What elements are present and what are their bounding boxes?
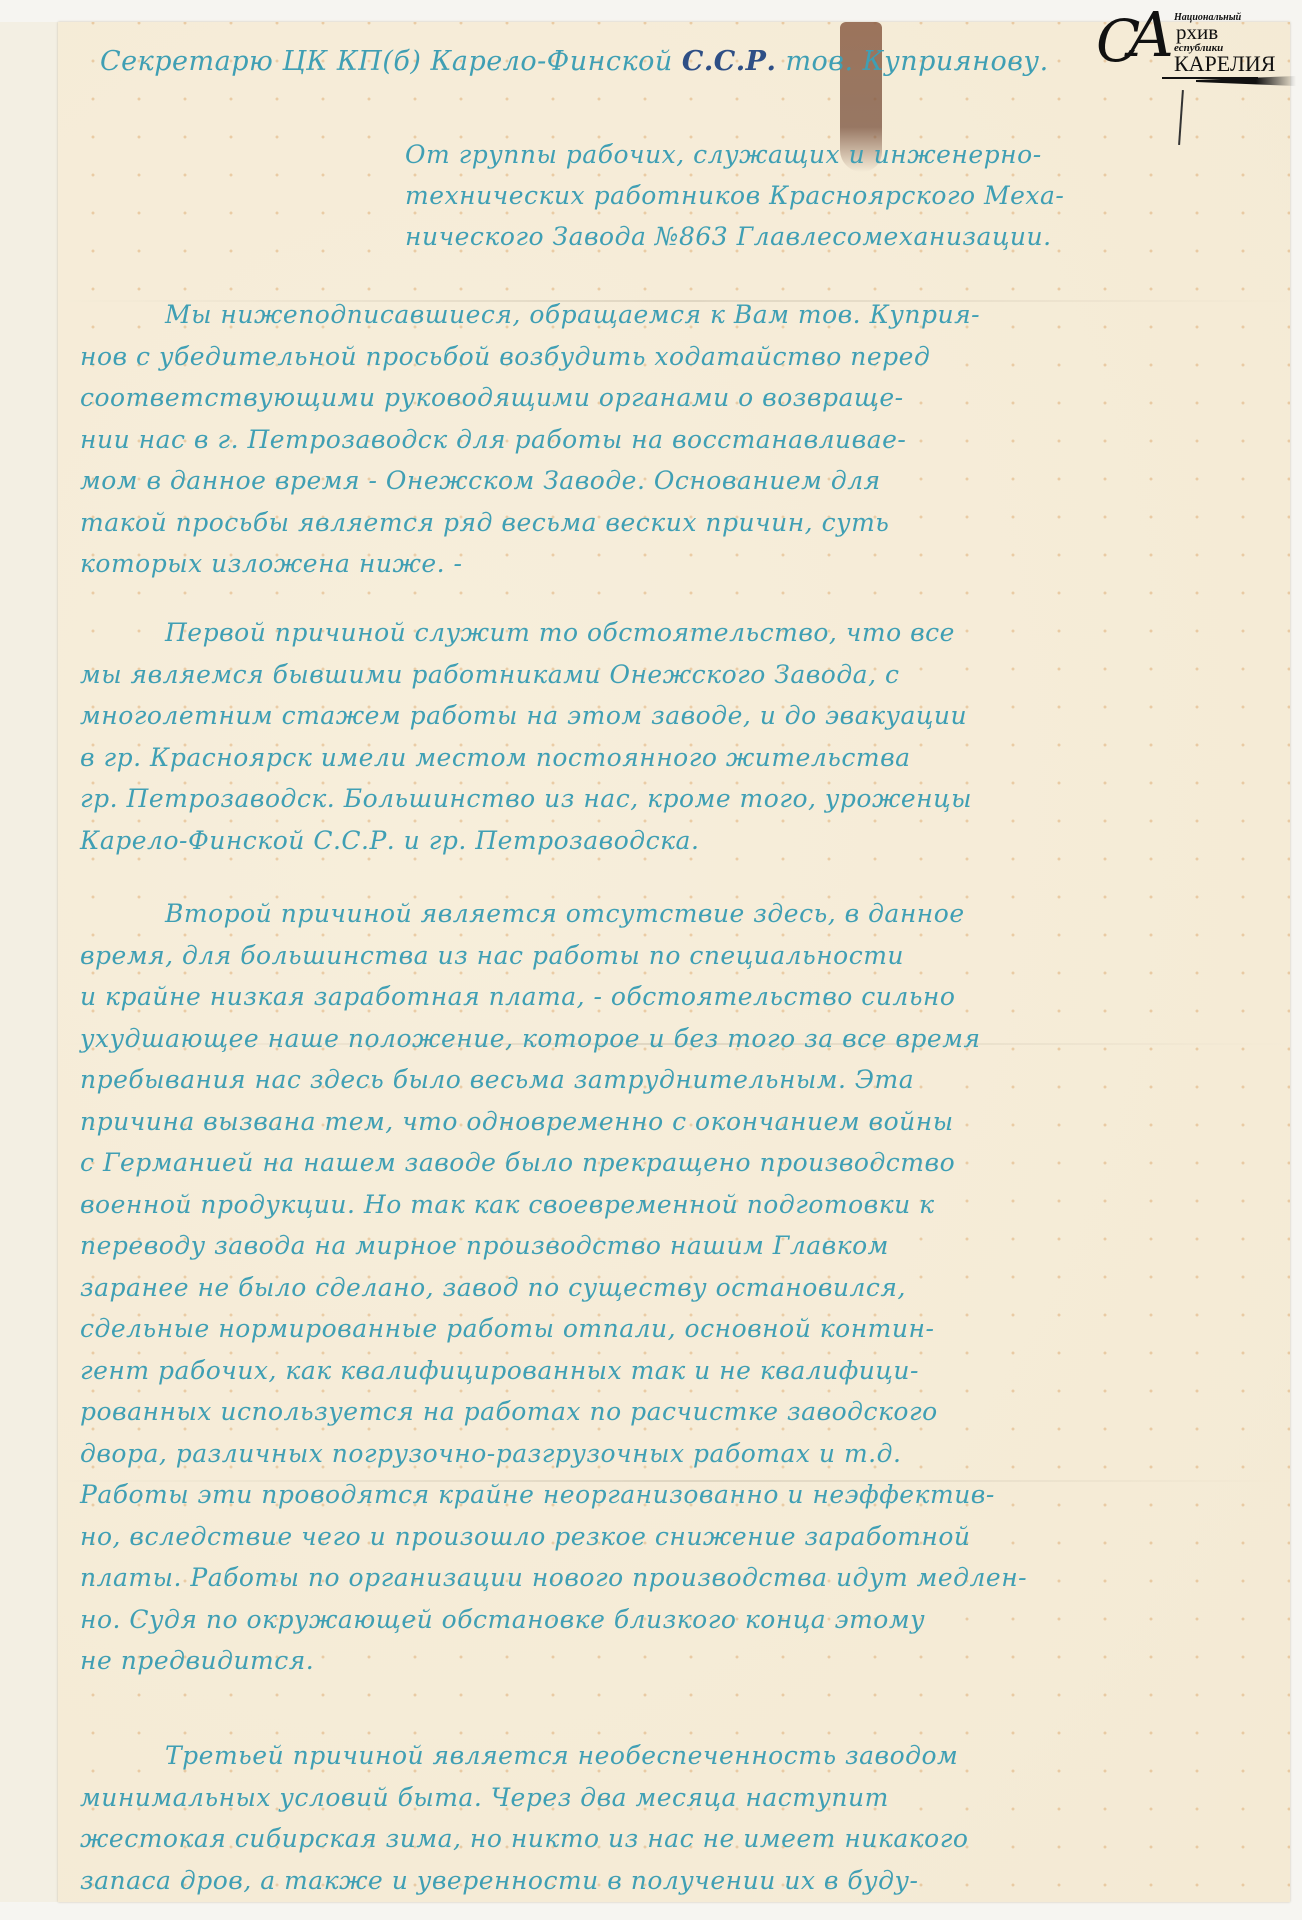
- addressee-title: Секретарю ЦК КП(б) Карело-Финской: [100, 46, 673, 77]
- text-line: Мы нижеподписавшиеся, обращаемся к Вам т…: [80, 294, 1275, 336]
- logo-initial-a: А: [1128, 4, 1175, 66]
- paragraph-second-reason: Второй причиной является отсутствие здес…: [80, 893, 1275, 1682]
- text-line: с Германией на нашем заводе было прекращ…: [80, 1142, 1275, 1184]
- text-line: такой просьбы является ряд весьма веских…: [80, 502, 1275, 544]
- text-line: которых изложена ниже. -: [80, 543, 1275, 585]
- text-line: минимальных условий быта. Через два меся…: [80, 1777, 1275, 1819]
- text-line: нов с убедительной просьбой возбудить хо…: [80, 336, 1275, 378]
- addressee-name: тов. Куприянову.: [785, 46, 1048, 77]
- text-line: не предвидится.: [80, 1640, 1275, 1682]
- folded-margin: [0, 22, 59, 1902]
- archive-logo: С А Национальный рхив еспублики КАРЕЛИЯ: [1096, 6, 1296, 86]
- sender-line: технических работников Красноярского Мех…: [405, 175, 1235, 216]
- text-line: Карело-Финской С.С.Р. и гр. Петрозаводск…: [80, 820, 1275, 862]
- sender-line: нического Завода №863 Главлесомеханизаци…: [405, 216, 1235, 257]
- text-line: переводу завода на мирное производство н…: [80, 1225, 1275, 1267]
- text-line: но, вследствие чего и произошло резкое с…: [80, 1516, 1275, 1558]
- paragraph-third-reason: Третьей причиной является необеспеченнос…: [80, 1735, 1275, 1901]
- text-line: заранее не было сделано, завод по сущест…: [80, 1267, 1275, 1309]
- text-line: Первой причиной служит то обстоятельство…: [80, 612, 1275, 654]
- text-line: гр. Петрозаводск. Большинство из нас, кр…: [80, 778, 1275, 820]
- text-line: нии нас в г. Петрозаводск для работы на …: [80, 419, 1275, 461]
- logo-line-archive: рхив: [1176, 22, 1218, 43]
- paragraph-intro: Мы нижеподписавшиеся, обращаемся к Вам т…: [80, 294, 1275, 585]
- text-line: Третьей причиной является необеспеченнос…: [80, 1735, 1275, 1777]
- text-line: Второй причиной является отсутствие здес…: [80, 893, 1275, 935]
- text-line: и крайне низкая заработная плата, - обст…: [80, 976, 1275, 1018]
- text-line: причина вызвана тем, что одновременно с …: [80, 1101, 1275, 1143]
- text-line: ухудшающее наше положение, которое и без…: [80, 1018, 1275, 1060]
- text-line: двора, различных погрузочно-разгрузочных…: [80, 1433, 1275, 1475]
- sender-line: От группы рабочих, служащих и инженерно-: [405, 134, 1235, 175]
- text-line: соответствующими руководящими органами о…: [80, 377, 1275, 419]
- logo-line-karelia: КАРЕЛИЯ: [1174, 53, 1275, 75]
- text-line: Работы эти проводятся крайне неорганизов…: [80, 1474, 1275, 1516]
- text-line: но. Судя по окружающей обстановке близко…: [80, 1599, 1275, 1641]
- text-line: жестокая сибирская зима, но никто из нас…: [80, 1818, 1275, 1860]
- text-line: мы являемся бывшими работниками Онежског…: [80, 654, 1275, 696]
- text-line: рованных используется на работах по расч…: [80, 1391, 1275, 1433]
- text-line: мом в данное время - Онежском Заводе. Ос…: [80, 460, 1275, 502]
- text-line: многолетним стажем работы на этом заводе…: [80, 695, 1275, 737]
- paragraph-first-reason: Первой причиной служит то обстоятельство…: [80, 612, 1275, 861]
- text-line: пребывания нас здесь было весьма затрудн…: [80, 1059, 1275, 1101]
- text-line: время, для большинства из нас работы по …: [80, 935, 1275, 977]
- sender-block: От группы рабочих, служащих и инженерно-…: [405, 134, 1235, 257]
- text-line: сдельные нормированные работы отпали, ос…: [80, 1308, 1275, 1350]
- addressee-line: Секретарю ЦК КП(б) Карело-Финской С.С.Р.…: [100, 46, 1049, 77]
- text-line: запаса дров, а также и уверенности в пол…: [80, 1860, 1275, 1902]
- text-line: платы. Работы по организации нового прои…: [80, 1557, 1275, 1599]
- text-line: военной продукции. Но так как своевремен…: [80, 1184, 1275, 1226]
- text-line: в гр. Красноярск имели местом постоянног…: [80, 737, 1275, 779]
- addressee-republic: С.С.Р.: [682, 46, 776, 77]
- document-scan: С А Национальный рхив еспублики КАРЕЛИЯ …: [0, 0, 1302, 1920]
- text-line: гент рабочих, как квалифицированных так …: [80, 1350, 1275, 1392]
